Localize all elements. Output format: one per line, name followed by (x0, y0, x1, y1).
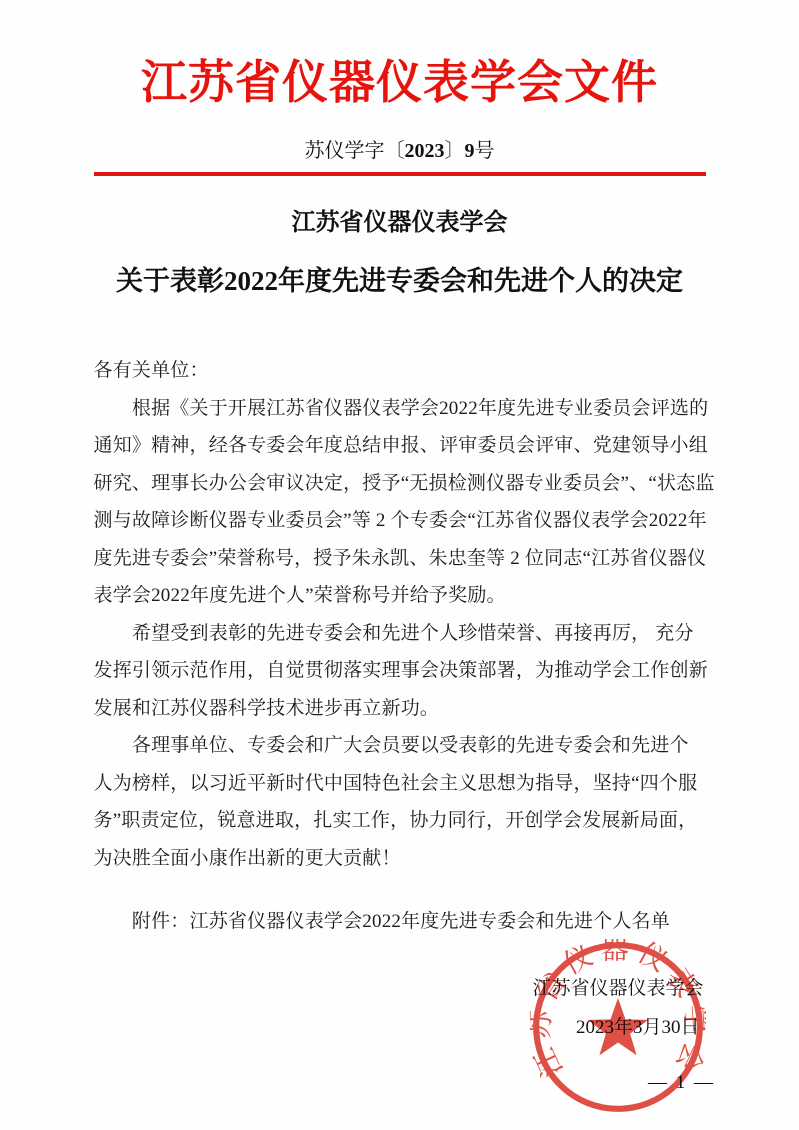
document-number: 苏仪学字〔2023〕9号 (0, 138, 799, 164)
body-text-line: 务”职责定位，锐意进取，扎实工作，协力同行，开创学会发展新局面， (94, 802, 706, 840)
signature-org: 江苏省仪器仪表学会 (94, 970, 706, 1007)
document-title-block: 江苏省仪器仪表学会 关于表彰2022年度先进专委会和先进个人的决定 (0, 208, 799, 298)
letterhead-title: 江苏省仪器仪表学会文件 (0, 0, 799, 112)
body-text-line: 根据《关于开展江苏省仪器仪表学会2022年度先进专业委员会评选的 (94, 390, 706, 428)
body-text-line: 度先进专委会”荣誉称号，授予朱永凯、朱忠奎等 2 位同志“江苏省仪器仪 (94, 540, 706, 578)
page-number: — 1 — (648, 1072, 715, 1094)
issuing-org-title: 江苏省仪器仪表学会 (0, 208, 799, 238)
body-text-line: 希望受到表彰的先进专委会和先进个人珍惜荣誉、再接再厉， 充分 (94, 615, 706, 653)
doc-number-prefix: 苏仪学字〔 (305, 140, 405, 162)
body-text-line: 发挥引领示范作用，自觉贯彻落实理事会决策部署，为推动学会工作创新 (94, 652, 706, 690)
doc-number-serial: 9 (465, 140, 475, 162)
body-text-line: 各有关单位： (94, 352, 706, 390)
doc-number-suffix: 号 (475, 140, 495, 162)
document-body: 各有关单位： 根据《关于开展江苏省仪器仪表学会2022年度先进专业委员会评选的通… (94, 352, 706, 877)
signature-date: 2023年3月30日 (94, 1009, 706, 1046)
body-text-line: 发展和江苏仪器科学技术进步再立新功。 (94, 690, 706, 728)
body-text-line: 为决胜全面小康作出新的更大贡献！ (94, 840, 706, 878)
signature-block: 江苏省仪器仪表学会 2023年3月30日 (94, 970, 706, 1046)
body-text-line: 通知》精神，经各专委会年度总结申报、评审委员会评审、党建领导小组 (94, 427, 706, 465)
body-text-line: 表学会2022年度先进个人”荣誉称号并给予奖励。 (94, 577, 706, 615)
body-text-line: 测与故障诊断仪器专业委员会”等 2 个专委会“江苏省仪器仪表学会2022年 (94, 502, 706, 540)
body-text-line: 人为榜样，以习近平新时代中国特色社会主义思想为指导，坚持“四个服 (94, 765, 706, 803)
doc-number-year: 2023 (405, 140, 445, 162)
body-text-line: 研究、理事长办公会审议决定，授予“无损检测仪器专业委员会”、“状态监 (94, 465, 706, 503)
attachment-note: 附件：江苏省仪器仪表学会2022年度先进专委会和先进个人名单 (94, 903, 706, 940)
letterhead-divider (94, 172, 706, 176)
document-subject-title: 关于表彰2022年度先进专委会和先进个人的决定 (0, 264, 799, 298)
doc-number-bracket: 〕 (445, 140, 465, 162)
body-text-line: 各理事单位、专委会和广大会员要以受表彰的先进专委会和先进个 (94, 727, 706, 765)
document-page: 江苏省仪器仪表学会文件 苏仪学字〔2023〕9号 江苏省仪器仪表学会 关于表彰2… (0, 0, 799, 1130)
